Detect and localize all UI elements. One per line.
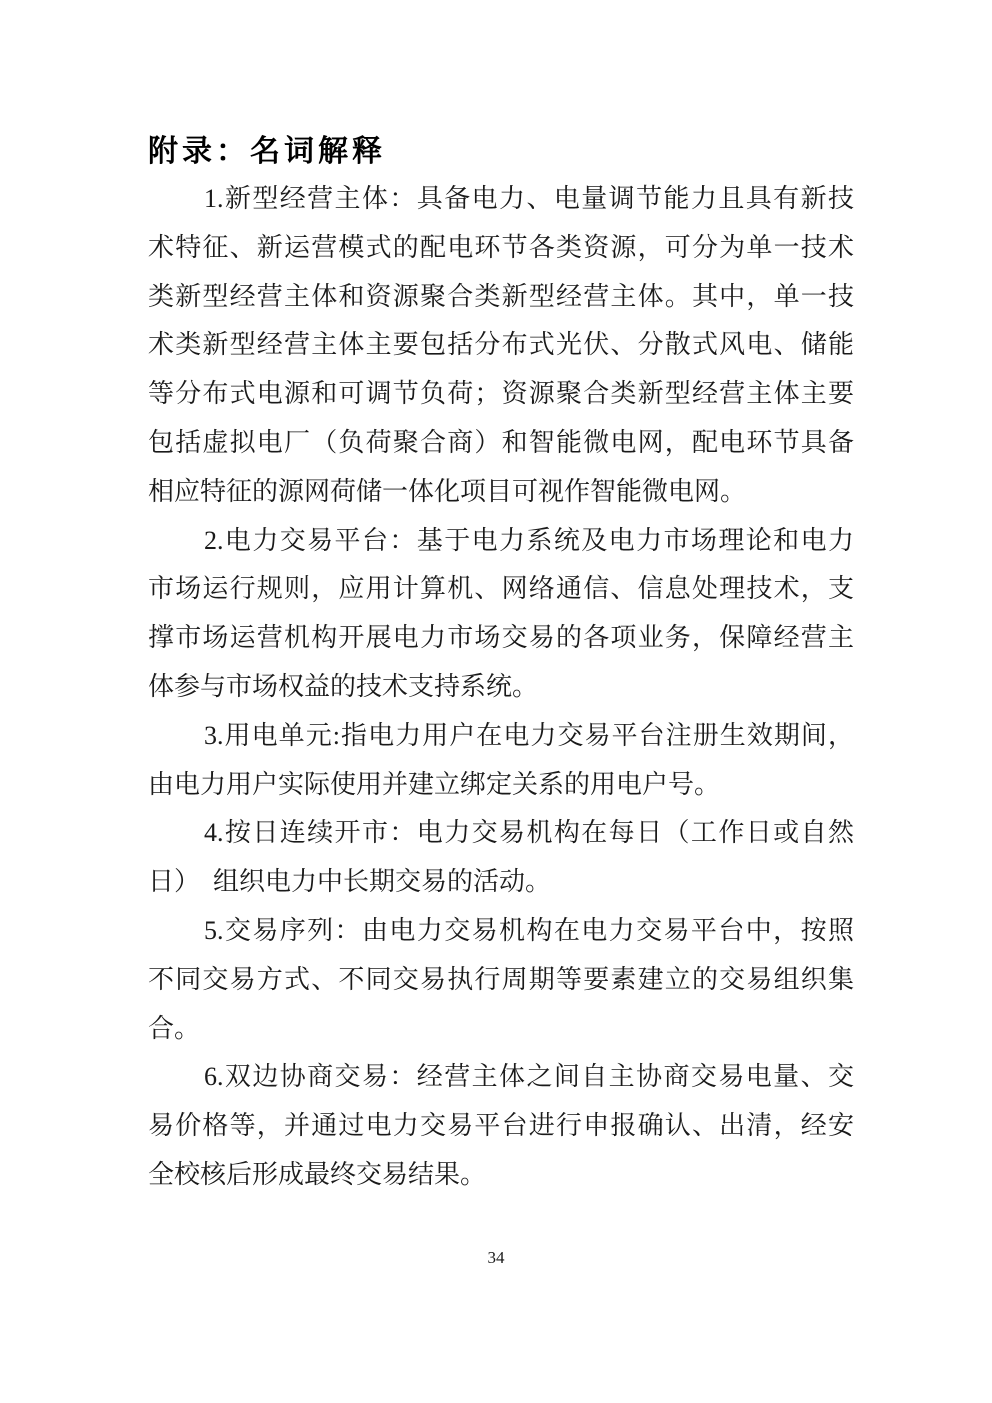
paragraph-3-line-2: 由电力用户实际使用并建立绑定关系的用电户号。: [148, 761, 854, 810]
paragraph-5-line-3: 合。: [148, 1005, 854, 1054]
paragraph-1-line-1: 1.新型经营主体：具备电力、电量调节能力且具有新技: [148, 175, 854, 224]
paragraph-1-line-4: 术类新型经营主体主要包括分布式光伏、分散式风电、储能: [148, 321, 854, 370]
paragraph-6: 6.双边协商交易：经营主体之间自主协商交易电量、交易价格等，并通过电力交易平台进…: [148, 1053, 854, 1199]
paragraph-2: 2.电力交易平台：基于电力系统及电力市场理论和电力市场运行规则，应用计算机、网络…: [148, 517, 854, 712]
paragraph-4: 4.按日连续开市：电力交易机构在每日（工作日或自然日） 组织电力中长期交易的活动…: [148, 809, 854, 907]
body-text: 1.新型经营主体：具备电力、电量调节能力且具有新技术特征、新运营模式的配电环节各…: [148, 175, 854, 1200]
paragraph-1-line-5: 等分布式电源和可调节负荷；资源聚合类新型经营主体主要: [148, 370, 854, 419]
paragraph-3: 3.用电单元:指电力用户在电力交易平台注册生效期间，由电力用户实际使用并建立绑定…: [148, 712, 854, 810]
paragraph-2-line-3: 撑市场运营机构开展电力市场交易的各项业务，保障经营主: [148, 614, 854, 663]
paragraph-3-line-1: 3.用电单元:指电力用户在电力交易平台注册生效期间，: [148, 712, 854, 761]
paragraph-2-line-1: 2.电力交易平台：基于电力系统及电力市场理论和电力: [148, 517, 854, 566]
paragraph-4-line-1: 4.按日连续开市：电力交易机构在每日（工作日或自然: [148, 809, 854, 858]
paragraph-1: 1.新型经营主体：具备电力、电量调节能力且具有新技术特征、新运营模式的配电环节各…: [148, 175, 854, 517]
page-number: 34: [0, 1248, 992, 1268]
paragraph-6-line-2: 易价格等，并通过电力交易平台进行申报确认、出清，经安: [148, 1102, 854, 1151]
paragraph-5-line-1: 5.交易序列：由电力交易机构在电力交易平台中，按照: [148, 907, 854, 956]
paragraph-5-line-2: 不同交易方式、不同交易执行周期等要素建立的交易组织集: [148, 956, 854, 1005]
paragraph-6-line-3: 全校核后形成最终交易结果。: [148, 1151, 854, 1200]
paragraph-4-line-2: 日） 组织电力中长期交易的活动。: [148, 858, 854, 907]
appendix-title: 附录：名词解释: [148, 126, 386, 170]
paragraph-1-line-2: 术特征、新运营模式的配电环节各类资源，可分为单一技术: [148, 224, 854, 273]
paragraph-2-line-2: 市场运行规则，应用计算机、网络通信、信息处理技术，支: [148, 565, 854, 614]
paragraph-1-line-6: 包括虚拟电厂（负荷聚合商）和智能微电网，配电环节具备: [148, 419, 854, 468]
paragraph-1-line-3: 类新型经营主体和资源聚合类新型经营主体。其中，单一技: [148, 273, 854, 322]
paragraph-5: 5.交易序列：由电力交易机构在电力交易平台中，按照不同交易方式、不同交易执行周期…: [148, 907, 854, 1053]
paragraph-6-line-1: 6.双边协商交易：经营主体之间自主协商交易电量、交: [148, 1053, 854, 1102]
paragraph-2-line-4: 体参与市场权益的技术支持系统。: [148, 663, 854, 712]
paragraph-1-line-7: 相应特征的源网荷储一体化项目可视作智能微电网。: [148, 468, 854, 517]
document-page: 附录：名词解释 1.新型经营主体：具备电力、电量调节能力且具有新技术特征、新运营…: [0, 0, 992, 1403]
